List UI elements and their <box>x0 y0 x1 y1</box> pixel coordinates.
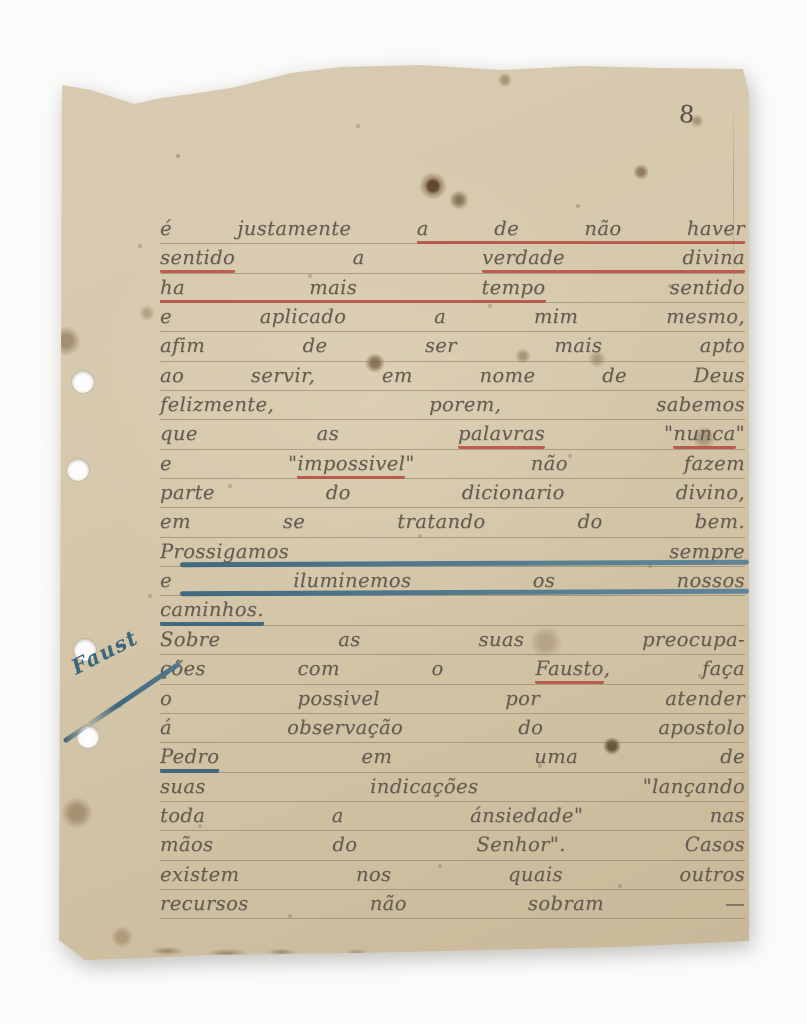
handwritten-text: Sobre as suas preocupa- <box>160 628 745 652</box>
handwritten-text: parte do dicionario divino, <box>160 481 745 505</box>
handwritten-text: suas indicações "lançando <box>160 775 745 799</box>
manuscript-line: em se tratando do bem. <box>160 508 745 537</box>
manuscript-line: e iluminemos os nossos <box>160 567 745 596</box>
manuscript-line: existem nos quais outros <box>160 861 745 890</box>
handwritten-text: sentido <box>546 276 745 300</box>
manuscript-line: e aplicado a mim mesmo, <box>160 303 745 332</box>
handwritten-text: , faça <box>604 657 745 681</box>
manuscript-line: sentido a verdade divina <box>160 244 745 273</box>
handwritten-text: e aplicado a mim mesmo, <box>160 305 745 329</box>
crayon-underlined-text: Fausto <box>535 657 603 684</box>
punch-hole <box>72 371 94 393</box>
crayon-underlined-text: sentido <box>160 246 235 273</box>
manuscript-line: mãos do Senhor". Casos <box>160 831 745 860</box>
page-number: 8 <box>678 100 719 130</box>
manuscript-line: parte do dicionario divino, <box>160 479 745 508</box>
margin-annotation: Faust <box>67 624 142 679</box>
manuscript-line: Pedro em uma de <box>160 743 745 772</box>
manuscript-line: suas indicações "lançando <box>160 773 745 802</box>
handwritten-text: " não fazem <box>405 452 745 476</box>
margin-annotation-text: Faust <box>67 624 142 679</box>
handwritten-text: mãos do Senhor". Casos <box>160 833 745 857</box>
paper-specks <box>57 63 59 65</box>
handwritten-text: felizmente, porem, sabemos <box>160 393 745 417</box>
manuscript-line: que as palavras "nunca" <box>160 420 745 449</box>
manuscript-line: ao servir, em nome de Deus <box>160 362 745 391</box>
manuscript-line: caminhos. <box>160 596 745 625</box>
manuscript-line: recursos não sobram — <box>160 890 745 919</box>
manuscript-line: ções com o Fausto, faça <box>160 655 745 684</box>
punch-hole <box>67 459 89 481</box>
handwritten-text: o possivel por atender <box>160 687 745 711</box>
manuscript-page-wrapper: 8 é justamente a de não haversentido a v… <box>0 0 807 1024</box>
handwritten-text: que as <box>160 422 458 446</box>
handwritten-text: recursos não sobram — <box>160 892 745 916</box>
handwritten-text: afim de ser mais apto <box>160 334 745 358</box>
crayon-underlined-text: ha mais tempo <box>160 276 546 303</box>
crayon-underlined-text: Pedro <box>160 745 219 773</box>
crayon-underlined-text: a de não haver <box>417 217 745 244</box>
handwritten-text: Prossigamos sempre <box>160 540 745 564</box>
handwritten-text: ções com o <box>160 657 535 681</box>
handwritten-text: em se tratando do bem. <box>160 510 745 534</box>
handwritten-text: existem nos quais outros <box>160 863 745 887</box>
crayon-underlined-text: caminhos. <box>160 598 264 626</box>
crayon-underlined-text: impossivel <box>297 452 405 479</box>
handwritten-text: é justamente <box>160 217 417 241</box>
handwritten-text: " <box>736 422 745 446</box>
photo-backdrop: { "page": { "number": "8" }, "margin_ann… <box>0 0 807 1024</box>
crayon-underlined-text: nunca <box>673 422 735 449</box>
manuscript-line: o possivel por atender <box>160 685 745 714</box>
crayon-underlined-text: palavras <box>458 422 545 449</box>
handwritten-text: a <box>235 246 482 270</box>
manuscript-lines: é justamente a de não haversentido a ver… <box>160 215 745 919</box>
manuscript-line: felizmente, porem, sabemos <box>160 391 745 420</box>
manuscript-line: Prossigamos sempre <box>160 538 745 567</box>
manuscript-line: Sobre as suas preocupa- <box>160 626 745 655</box>
crayon-underlined-text: verdade divina <box>482 246 745 273</box>
manuscript-line: á observação do apostolo <box>160 714 745 743</box>
handwritten-text: em uma de <box>219 745 745 769</box>
handwritten-text: " <box>545 422 673 446</box>
handwritten-text: e iluminemos os nossos <box>160 569 745 593</box>
manuscript-line: toda a ánsiedade" nas <box>160 802 745 831</box>
manuscript-line: é justamente a de não haver <box>160 215 745 244</box>
handwritten-text: á observação do apostolo <box>160 716 745 740</box>
manuscript-line: afim de ser mais apto <box>160 332 745 361</box>
manuscript-page: 8 é justamente a de não haversentido a v… <box>57 63 749 960</box>
manuscript-line: e "impossivel" não fazem <box>160 450 745 479</box>
handwritten-text: ao servir, em nome de Deus <box>160 364 745 388</box>
handwritten-text: toda a ánsiedade" nas <box>160 804 745 828</box>
handwritten-text: e " <box>160 452 297 476</box>
manuscript-line: ha mais tempo sentido <box>160 274 745 303</box>
